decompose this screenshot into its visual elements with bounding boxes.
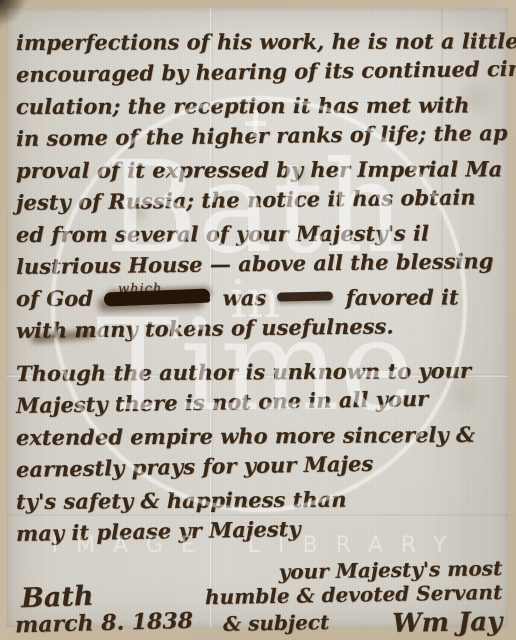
letter-closing: your Majesty's most humble & devoted Ser… [205, 556, 502, 630]
letter-line: may it please yr Majesty [16, 510, 475, 550]
letter-line-fragment: was [223, 285, 267, 310]
letter-date: march 8. 1838 [15, 608, 194, 639]
ink-scribble-strikeout [277, 291, 333, 301]
letter-line: Majesty there is not one in all your [16, 382, 475, 422]
letter-paper: imperfections of his work, he is not a l… [7, 8, 508, 627]
letter-line-fragment: of God [16, 286, 93, 311]
closing-line: humble & devoted Servant [205, 580, 503, 609]
letter-line: encouraged by hearing of its continued c… [16, 53, 516, 91]
letter-place: Bath [20, 581, 93, 615]
letter-line: jesty of Russia; the notice it has obtai… [16, 181, 516, 219]
letter-body-paragraph-1: imperfections of his work, he is not a l… [16, 27, 516, 347]
signature: Wm Jay [392, 607, 503, 639]
letter-body-paragraph-2: Though the author is unknown to your Maj… [16, 358, 475, 550]
closing-subject: & subject [223, 610, 330, 636]
letter-line: lustrious House — above all the blessing [16, 245, 516, 283]
letter-photograph: imperfections of his work, he is not a l… [0, 0, 516, 640]
letter-line: with many tokens of usefulness. [16, 309, 516, 347]
letter-line-fragment: favored it [346, 284, 459, 309]
closing-line: & subject Wm Jay [205, 606, 503, 635]
letter-line: in some of the higher ranks of life; the… [16, 117, 516, 155]
letter-line: earnestly prays for your Majes [16, 446, 475, 486]
